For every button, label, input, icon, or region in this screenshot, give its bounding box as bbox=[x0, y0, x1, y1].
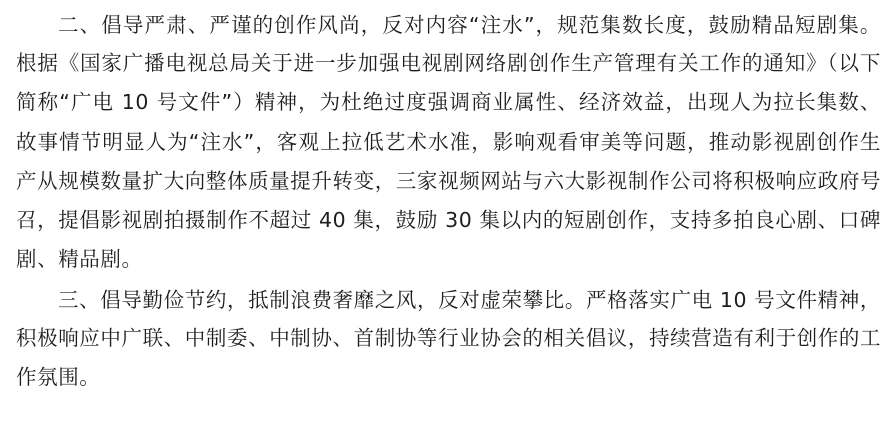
paragraph-3-line-1: 三、倡导勤俭节约，抵制浪费奢靡之风，反对虚荣攀比。严格落实广电 10 号文件精神… bbox=[58, 287, 881, 313]
paragraph-2-line-6: 召，提倡影视剧拍摄制作不超过 40 集，鼓励 30 集以内的短剧创作，支持多拍良… bbox=[16, 207, 881, 233]
paragraph-2-line-7: 剧、精品剧。 bbox=[16, 246, 881, 272]
document-page: 二、倡导严肃、严谨的创作风尚，反对内容“注水”，规范集数长度，鼓励精品短剧集。 … bbox=[0, 0, 891, 441]
paragraph-2-line-4: 故事情节明显人为“注水”，客观上拉低艺术水准，影响观看审美等问题，推动影视剧创作… bbox=[16, 129, 881, 155]
paragraph-2-line-2: 根据《国家广播电视总局关于进一步加强电视剧网络剧创作生产管理有关工作的通知》（以… bbox=[16, 50, 881, 76]
paragraph-2-line-5: 产从规模数量扩大向整体质量提升转变，三家视频网站与六大影视制作公司将积极响应政府… bbox=[16, 168, 881, 194]
paragraph-3-line-2: 积极响应中广联、中制委、中制协、首制协等行业协会的相关倡议，持续营造有利于创作的… bbox=[16, 325, 881, 351]
paragraph-2-line-3: 简称“广电 10 号文件”）精神，为杜绝过度强调商业属性、经济效益，出现人为拉长… bbox=[16, 89, 881, 115]
paragraph-3-line-3: 作氛围。 bbox=[16, 364, 881, 390]
paragraph-2-line-1: 二、倡导严肃、严谨的创作风尚，反对内容“注水”，规范集数长度，鼓励精品短剧集。 bbox=[58, 12, 881, 38]
